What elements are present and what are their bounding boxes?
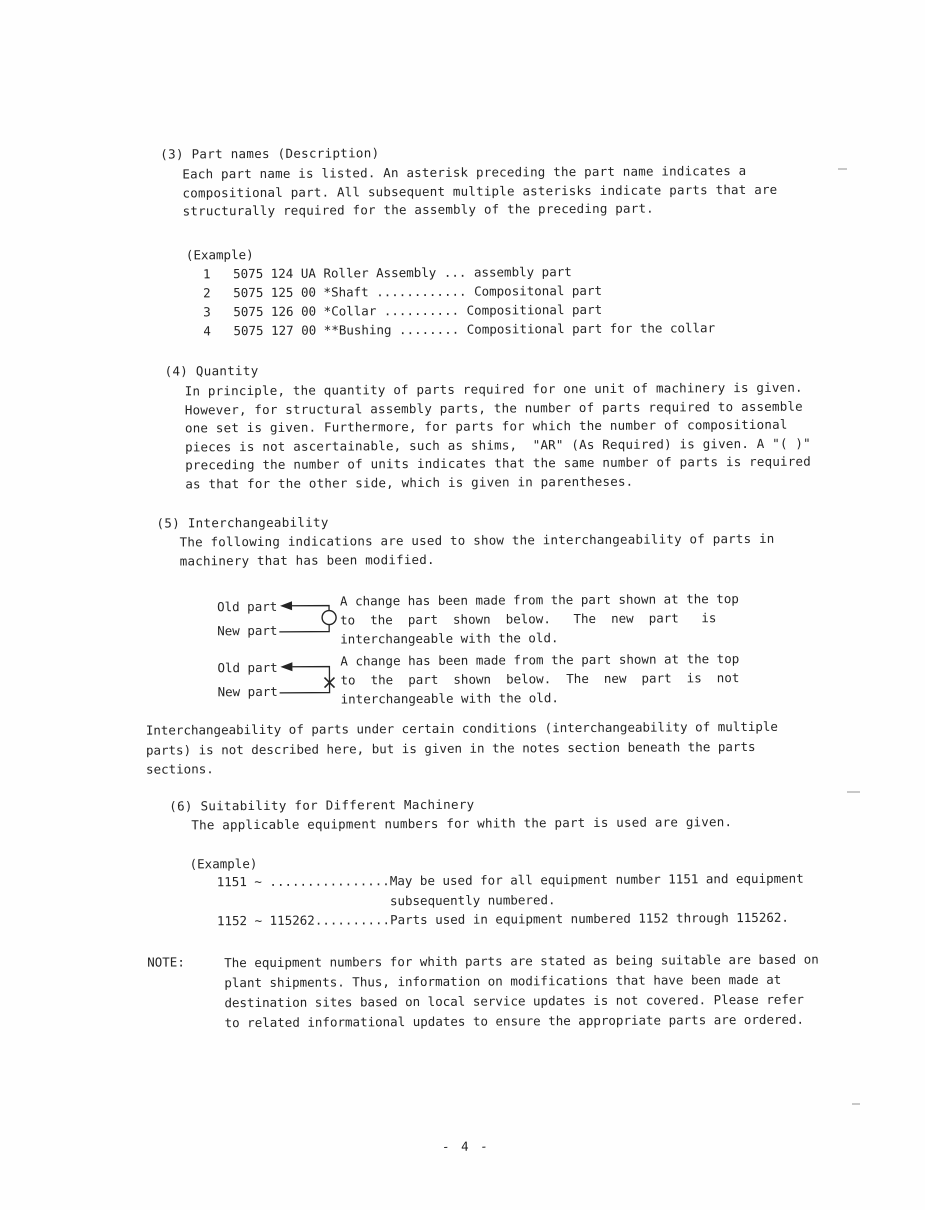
not-interchangeable-diagram: Old part New part xyxy=(217,658,347,705)
section-4-heading: (4) Quantity xyxy=(165,362,259,381)
example-part-line: 2 5075 125 00 *Shaft ............ Compos… xyxy=(203,282,602,303)
interchangeability-closing-paragraph: Interchangeability of parts under certai… xyxy=(146,717,779,779)
equipment-number-example-line: 1151 ~ ................May be used for a… xyxy=(217,869,804,892)
equipment-number-example-line: subsequently numbered. xyxy=(217,890,556,912)
section-5-body: The following indications are used to sh… xyxy=(180,530,775,571)
not-interchangeable-connector xyxy=(279,658,343,702)
example-part-line: 3 5075 126 00 *Collar .......... Composi… xyxy=(203,301,602,322)
section-5-heading: (5) Interchangeability xyxy=(156,514,328,534)
new-part-label: New part xyxy=(217,622,277,641)
section-3-example-label: (Example) xyxy=(186,246,254,265)
page-content: (3) Part names (Description) Each part n… xyxy=(0,0,925,1210)
left-arrow-icon xyxy=(280,601,292,610)
scan-artifact xyxy=(838,168,847,170)
scan-artifact xyxy=(847,791,860,793)
interchangeable-diagram: Old part New part xyxy=(217,597,347,644)
example-part-line: 4 5075 127 00 **Bushing ........ Composi… xyxy=(203,319,715,341)
section-3-heading: (3) Part names (Description) xyxy=(160,144,379,164)
page-number: - 4 - xyxy=(3,1135,925,1159)
note-body: The equipment numbers for whith parts ar… xyxy=(224,950,819,1034)
document-page: (3) Part names (Description) Each part n… xyxy=(0,0,925,1210)
old-part-label: Old part xyxy=(217,659,277,678)
interchangeable-connector xyxy=(279,597,343,641)
section-6-heading: (6) Suitability for Different Machinery xyxy=(169,796,474,816)
scan-artifact xyxy=(852,1103,860,1105)
section-3-body: Each part name is listed. An asterisk pr… xyxy=(182,162,777,221)
old-part-label: Old part xyxy=(217,598,277,617)
note-label: NOTE: xyxy=(147,953,185,972)
section-4-body: In principle, the quantity of parts requ… xyxy=(185,379,811,494)
new-part-label: New part xyxy=(218,683,278,702)
equipment-number-example-line: 1152 ~ 115262..........Parts used in equ… xyxy=(217,908,789,931)
example-part-line: 1 5075 124 UA Roller Assembly ... assemb… xyxy=(203,263,572,284)
section-6-body: The applicable equipment numbers for whi… xyxy=(191,813,732,835)
interchangeable-description: A change has been made from the part sho… xyxy=(340,589,739,648)
not-interchangeable-description: A change has been made from the part sho… xyxy=(340,649,739,708)
circle-icon xyxy=(322,611,336,625)
left-arrow-icon xyxy=(280,662,292,671)
